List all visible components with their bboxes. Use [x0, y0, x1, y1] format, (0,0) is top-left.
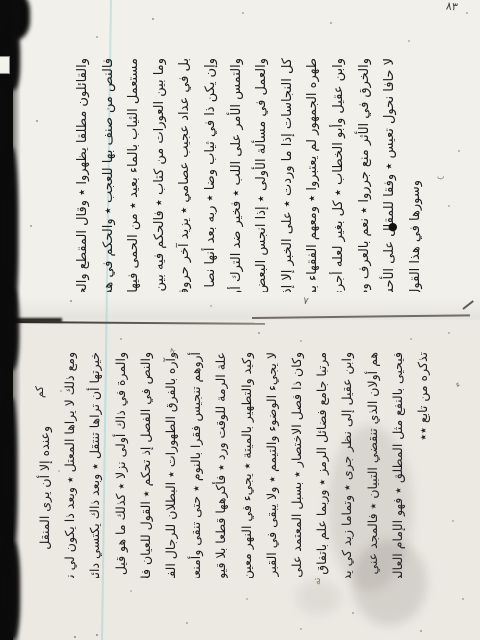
text-line: وما بين العورات من كتاب ٭ فالحكم فيه بين…: [149, 58, 171, 292]
scan-edge-notch: [0, 56, 10, 74]
dust-speckles: [0, 0, 2, 2]
text-line: وإن يكن ذا في ثياب وضا ٭ ربه بعد أنها نص…: [200, 58, 222, 292]
text-line: والخرق في الأثر منع جرروا ٭ نعم بالعرف و…: [354, 58, 376, 292]
text-line: خيرتها أن تراها تنتقل ٭ وبعد ذاك يكتسي د…: [84, 352, 106, 578]
text-line: فالنص من صنف بها للعجب ٭ والحكم في هذا ا…: [98, 58, 120, 292]
folio-number: ٨٣: [445, 0, 458, 14]
text-line: والنص في الفصل إذ تحكم ٭ القول للعيان فل…: [135, 352, 157, 578]
text-line: والعمل في مسألة الأولى ٭ إذا انجس البعض …: [251, 58, 273, 292]
text-line: كل النجاسات إذا ما وردت ٭ على الخبر إلا …: [277, 58, 299, 292]
text-line: تذكره من تابع ٭٭: [412, 352, 434, 452]
text-line: وابن عقيل وأبو الخطاب ٭ كل بغير لعله أجر…: [328, 58, 350, 292]
section-end-dot: ●: [388, 220, 398, 233]
text-line: وسورها في هذا القول: [405, 180, 427, 292]
margin-note: كم: [34, 386, 46, 398]
text-line: مستعمل الثياب بالماء بعيد ٭ من الحمى فيه…: [123, 58, 145, 292]
text-line: ومع ذلك لا يراها المعتل ٭ وبعد ذا يكون ل…: [59, 352, 81, 578]
scan-edge-fringe: [13, 0, 21, 640]
text-line: وآره بالفرق الطهورات ٭ البطلان للرجال ال…: [160, 352, 182, 578]
text-line: بل في عداد عجيب عصامي ٭ يزيد آخر حروف ال…: [174, 58, 196, 292]
text-line: أروهم تنجيس فقرا بالنوم ٭ حتى تنقى وأمنع…: [185, 352, 207, 578]
text-line: وكيد والتطهير بالميتة ٭ يجيء في النهر مع…: [236, 352, 258, 578]
manuscript-scan: والقائلون مطلقا يظهروا ٭ وقال المقطع وال…: [0, 0, 480, 640]
text-line: لا حافا نحول تعيس ٭ وفقا للمقال على الأح…: [379, 58, 401, 292]
ink-showthrough-smudge: [352, 540, 427, 625]
text-line: وعنده إلا أن يرى المنقل: [34, 426, 56, 556]
text-line: طهره الجمهور لم يعتبروا ٭ ومعهم الفقهاء …: [302, 58, 324, 292]
text-line: والقائلون مطلقا يظهروا ٭ وقال المقطع وال…: [72, 58, 94, 292]
text-line: مرتبا جامع فضائل الرمز ٭ وربما علم باتفا…: [311, 352, 333, 578]
page-gutter-shadow: [14, 296, 480, 322]
text-line: لا يجيء الوضوء والتيمم ٭ ولا يبقى في الق…: [261, 352, 283, 578]
stray-ink-mark: ب: [437, 172, 445, 181]
text-line: والتمس الأمر على اللب ٭ فخير ضد الترك أو…: [226, 58, 248, 292]
interlinear-note: جر: [167, 347, 177, 358]
ink-showthrough-smudge: [296, 580, 341, 615]
text-line: علة الرمة للوقت ورد ٭ فأكرهها قطعا بلا ق…: [210, 352, 232, 578]
text-line: وكان ذا فصل الاختصار ٭ بسبل المعتمد على …: [286, 352, 308, 578]
text-line: والمرة في ذاك أولى نزلا ٭ كذلك ما هو قيل…: [110, 352, 132, 578]
